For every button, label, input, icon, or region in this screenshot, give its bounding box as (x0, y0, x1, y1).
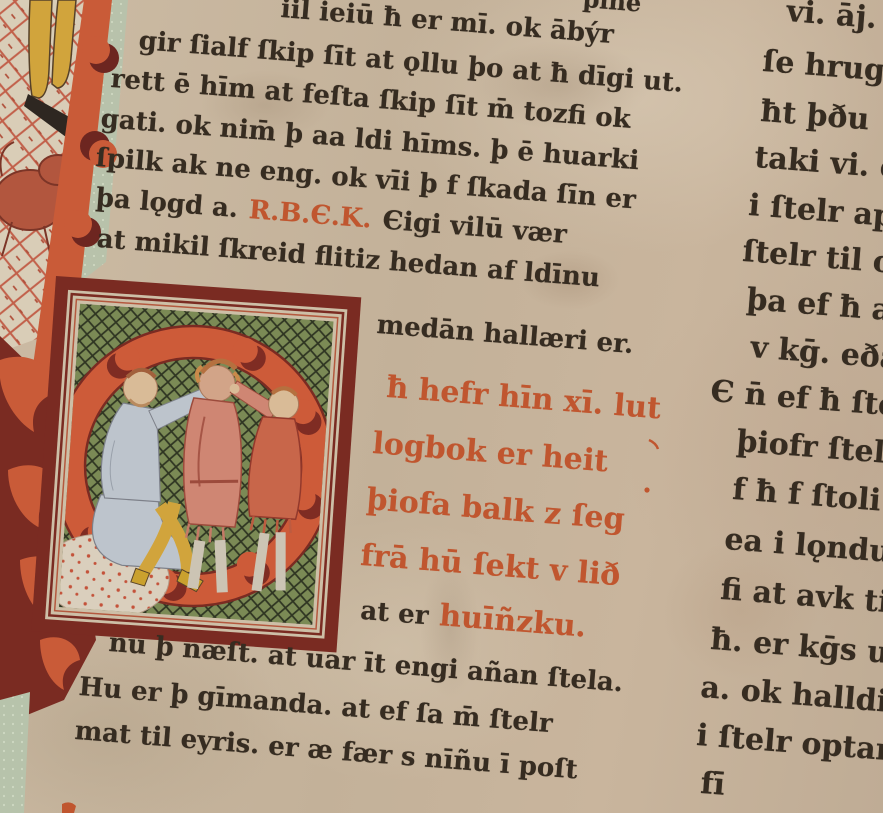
text-run: at er (359, 596, 429, 631)
historiated-initial (31, 276, 361, 652)
right-col-line: fī (699, 766, 726, 803)
margin-green-strip-bottom (0, 692, 30, 813)
cut-rubric-mark (62, 802, 76, 813)
manuscript-page: pīne iil ieiū ħ er mī. ok ābýr gir ſialf… (0, 0, 883, 813)
